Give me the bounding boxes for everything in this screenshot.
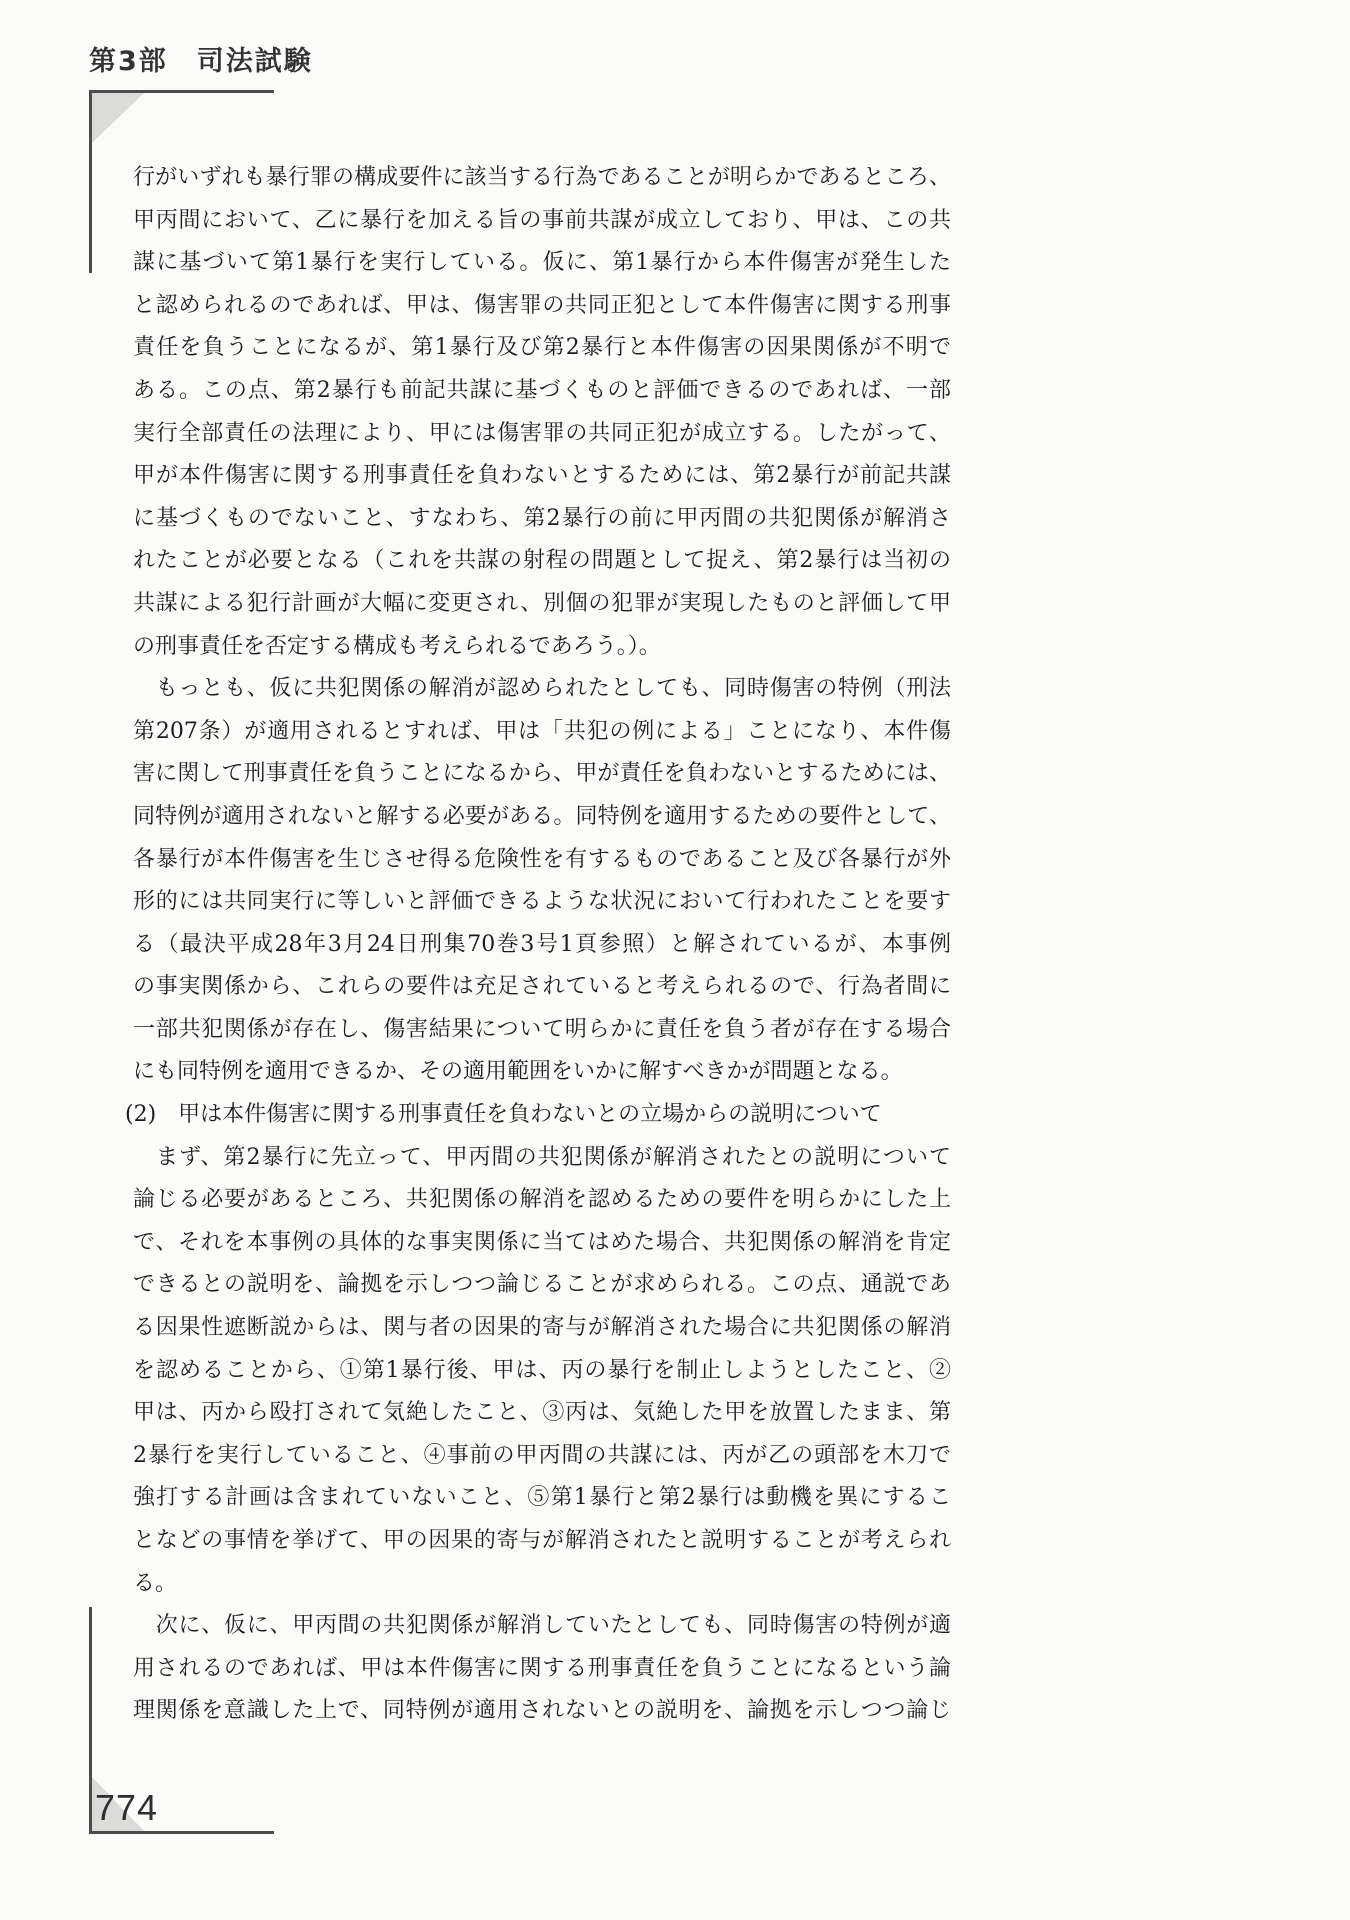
text-line: (2) 甲は本件傷害に関する刑事責任を負わないとの立場からの説明について xyxy=(125,1094,951,1137)
text-line: 第207条）が適用されるとすれば、甲は「共犯の例による」ことになり、本件傷 xyxy=(133,711,951,754)
text-line: 強打する計画は含まれていないこと、⑤第1暴行と第2暴行は動機を異にするこ xyxy=(133,1477,951,1520)
footer-rule-horizontal xyxy=(89,1831,274,1834)
text-line: 論じる必要があるところ、共犯関係の解消を認めるための要件を明らかにした上 xyxy=(133,1179,951,1222)
text-line: 用されるのであれば、甲は本件傷害に関する刑事責任を負うことになるという論 xyxy=(133,1648,951,1691)
text-line: 形的には共同実行に等しいと評価できるような状況において行われたことを要す xyxy=(133,881,951,924)
text-line: 各暴行が本件傷害を生じさせ得る危険性を有するものであること及び各暴行が外 xyxy=(133,839,951,882)
text-line: もっとも、仮に共犯関係の解消が認められたとしても、同時傷害の特例（刑法 xyxy=(133,668,951,711)
text-line: る。 xyxy=(133,1563,951,1606)
text-line: 理関係を意識した上で、同特例が適用されないとの説明を、論拠を示しつつ論じ xyxy=(133,1690,951,1733)
text-line: る（最決平成28年3月24日刑集70巻3号1頁参照）と解されているが、本事例 xyxy=(133,924,951,967)
text-line: 同特例が適用されないと解する必要がある。同特例を適用するための要件として、 xyxy=(133,796,951,839)
text-line: 共謀による犯行計画が大幅に変更され、別個の犯罪が実現したものと評価して甲 xyxy=(133,583,951,626)
body-text-block: 行がいずれも暴行罪の構成要件に該当する行為であることが明らかであるところ、甲丙間… xyxy=(133,157,951,1733)
text-line: できるとの説明を、論拠を示しつつ論じることが求められる。この点、通説であ xyxy=(133,1264,951,1307)
text-line: で、それを本事例の具体的な事実関係に当てはめた場合、共犯関係の解消を肯定 xyxy=(133,1222,951,1265)
text-line: 次に、仮に、甲丙間の共犯関係が解消していたとしても、同時傷害の特例が適 xyxy=(133,1605,951,1648)
text-line: 害に関して刑事責任を負うことになるから、甲が責任を負わないとするためには、 xyxy=(133,753,951,796)
text-line: となどの事情を挙げて、甲の因果的寄与が解消されたと説明することが考えられ xyxy=(133,1520,951,1563)
text-line: まず、第2暴行に先立って、甲丙間の共犯関係が解消されたとの説明について xyxy=(133,1137,951,1180)
text-line: の事実関係から、これらの要件は充足されていると考えられるので、行為者間に xyxy=(133,966,951,1009)
footer-rule-vertical xyxy=(89,1607,92,1834)
text-line: 実行全部責任の法理により、甲には傷害罪の共同正犯が成立する。したがって、 xyxy=(133,413,951,456)
text-line: 2暴行を実行していること、④事前の甲丙間の共謀には、丙が乙の頭部を木刀で xyxy=(133,1435,951,1478)
text-line: に基づくものでないこと、すなわち、第2暴行の前に甲丙間の共犯関係が解消さ xyxy=(133,498,951,541)
text-line: と認められるのであれば、甲は、傷害罪の共同正犯として本件傷害に関する刑事 xyxy=(133,285,951,328)
text-line: る因果性遮断説からは、関与者の因果的寄与が解消された場合に共犯関係の解消 xyxy=(133,1307,951,1350)
header-rule-vertical xyxy=(89,90,92,273)
text-line: れたことが必要となる（これを共謀の射程の問題として捉え、第2暴行は当初の xyxy=(133,540,951,583)
text-line: 行がいずれも暴行罪の構成要件に該当する行為であることが明らかであるところ、 xyxy=(133,157,951,200)
page-number: 774 xyxy=(95,1787,158,1829)
corner-triangle-top xyxy=(92,93,144,143)
text-line: 一部共犯関係が存在し、傷害結果について明らかに責任を負う者が存在する場合 xyxy=(133,1009,951,1052)
text-line: 甲が本件傷害に関する刑事責任を負わないとするためには、第2暴行が前記共謀 xyxy=(133,455,951,498)
header-rule-horizontal xyxy=(89,90,274,93)
text-line: 甲丙間において、乙に暴行を加える旨の事前共謀が成立しており、甲は、この共 xyxy=(133,200,951,243)
text-line: にも同特例を適用できるか、その適用範囲をいかに解すべきかが問題となる。 xyxy=(133,1051,951,1094)
text-line: 責任を負うことになるが、第1暴行及び第2暴行と本件傷害の因果関係が不明で xyxy=(133,327,951,370)
chapter-header: 第3部 司法試験 xyxy=(89,39,313,78)
text-line: の刑事責任を否定する構成も考えられるであろう。）。 xyxy=(133,626,951,669)
text-line: 謀に基づいて第1暴行を実行している。仮に、第1暴行から本件傷害が発生した xyxy=(133,242,951,285)
book-page: 第3部 司法試験 行がいずれも暴行罪の構成要件に該当する行為であることが明らかで… xyxy=(0,0,1350,1920)
text-line: ある。この点、第2暴行も前記共謀に基づくものと評価できるのであれば、一部 xyxy=(133,370,951,413)
text-line: を認めることから、①第1暴行後、甲は、丙の暴行を制止しようとしたこと、② xyxy=(133,1350,951,1393)
text-line: 甲は、丙から殴打されて気絶したこと、③丙は、気絶した甲を放置したまま、第 xyxy=(133,1392,951,1435)
